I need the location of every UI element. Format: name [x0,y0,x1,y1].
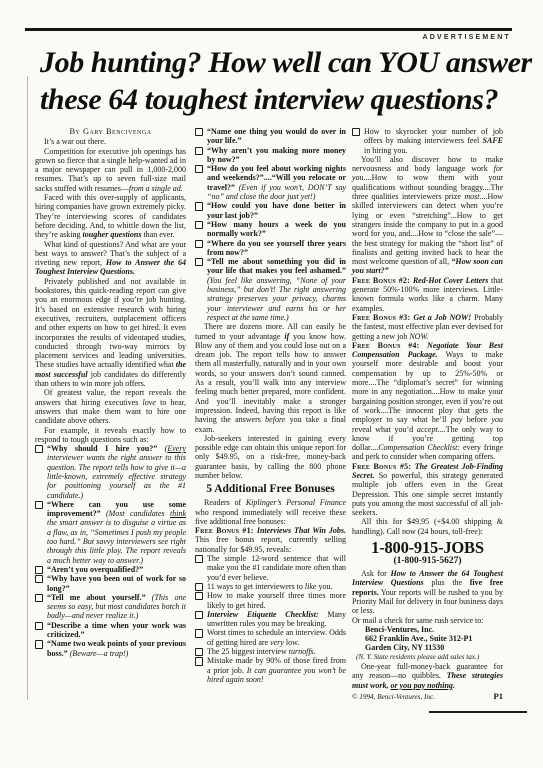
phone-number: 1-800-915-JOBS [352,539,503,556]
text-run: Every [167,444,186,453]
text-run: Free Bonus #5: [352,462,415,471]
text-run: ....How skilled interviewers can detect … [352,192,503,266]
text-run: The 25 biggest interview [207,647,289,656]
headline-line-2: these 64 toughest interview questions? [40,81,535,118]
text-run: For example, it reveals exactly how to r… [35,426,186,444]
paragraph: One-year full-money-back guarantee for a… [352,662,503,690]
text-run: “How could you have done better in your … [207,201,346,219]
paragraph: What kind of questions? And what are you… [35,240,186,277]
text-run: than ever. [141,230,174,239]
checklist-item: “Tell me about something you did in your… [195,257,346,322]
checklist-item: The 25 biggest interview turnoffs. [195,647,346,656]
checklist-item: “Aren’t you overqualified?” [35,565,186,574]
checklist-item: How to skyrocket your number of job offe… [352,127,503,155]
checklist-text: “Why have you been out of work for so lo… [47,574,186,592]
text-run: before [462,415,491,424]
text-run: plus the [424,578,470,587]
checklist-text: “Tell me about something you did in your… [207,257,346,322]
checklist-text: “Why aren’t you making more money by now… [207,146,346,164]
text-run: “How many hours a week do you normally w… [207,220,346,238]
paragraph: Free Bonus #3: Get a Job NOW! Probably t… [352,313,503,341]
text-run: very [270,638,284,647]
paragraph: Free Bonus #1: Interviews That Win Jobs.… [195,526,346,554]
text-run: think [170,509,186,518]
page-number: P1 [494,692,503,701]
text-run: in hiring you. [364,146,407,155]
text-run: This free bonus report, currently sellin… [195,535,346,553]
checklist-item: “Describe a time when your work was crit… [35,621,186,640]
checkbox-icon [35,622,43,630]
text-run: All this for $49.95 (+$4.00 shipping & h… [352,517,503,535]
paragraph: For example, it reveals exactly how to r… [35,426,186,445]
checklist-text: “Where can you use some improvement?” (M… [47,500,186,565]
text-run: Privately published and not available in… [35,277,186,370]
advertisement-page: { "masthead": { "advertisement_label": "… [0,0,543,768]
column-1: By Gary BencivengaIt’s a war out there.C… [35,127,186,713]
checkbox-icon [195,555,203,563]
paragraph: It’s a war out there. [35,137,186,146]
text-run: the smart answer is to disguise a virtue… [47,518,186,564]
text-run: You’ll also discover how to make nervous… [352,155,503,173]
text-run: you. [316,582,332,591]
checklist-item: “How many hours a week do you normally w… [195,220,346,239]
text-run: Free Bonus #3: [352,313,413,322]
checkbox-icon [35,594,43,602]
text-run: tougher questions [83,230,142,239]
checklist-text: Worst times to schedule an interview. Od… [207,628,346,646]
text-run: Ways to make yourself more desirable and… [352,350,503,424]
checkbox-icon [195,147,203,155]
text-run: Get a Job NOW! [413,313,471,322]
checklist-item: “Where can you use some improvement?” (M… [35,500,186,565]
paragraph: Of greatest value, the report reveals th… [35,388,186,425]
text-run: Job-seekers interested in gaining every … [195,434,346,480]
text-run: “Describe a time when your work was crit… [47,621,186,639]
checklist-text: How to make yourself three times more li… [207,591,346,609]
paragraph: Privately published and not available in… [35,277,186,389]
text-run: (Most candidates [106,509,170,518]
checkbox-icon [35,566,43,574]
checklist-item: “Tell me about yourself.” (This one seem… [35,593,186,621]
checklist-item: How to make yourself three times more li… [195,591,346,610]
column-2: “Name one thing you would do over in you… [195,127,346,713]
checklist-item: “Where do you see yourself three years f… [195,239,346,258]
checklist-text: How to skyrocket your number of job offe… [364,127,503,155]
checklist-text: The simple 12-word sentence that will ma… [207,554,346,582]
text-run: Interview Etiquette Checklist: [207,610,319,619]
text-run: By Gary Bencivenga [69,127,151,136]
checklist-text: “Name two weak points of your previous b… [47,639,186,657]
paragraph: Or mail a check for same rush service to… [352,616,503,625]
checkbox-icon [35,445,43,453]
checkbox-icon [195,202,203,210]
paragraph: Free Bonus #5: The Greatest Job-Finding … [352,462,503,518]
column-3: How to skyrocket your number of job offe… [352,127,503,713]
text-run: who respond immediately will receive the… [195,508,346,526]
footer-row: © 1994, Benci-Ventures, Inc.P1 [352,692,503,702]
checklist-item: “How do you feel about working nights an… [195,164,346,201]
text-run: before [265,415,285,424]
paragraph: All this for $49.95 (+$4.00 shipping & h… [352,517,503,536]
text-run: interviewer wants the right answer to th… [47,453,186,499]
text-run: like [305,582,317,591]
section-heading: 5 Additional Free Bonuses [195,483,346,496]
headline-line-1: Job hunting? How well can YOU answer [40,44,535,81]
checkbox-icon [195,240,203,248]
checkbox-icon [195,221,203,229]
checklist-item: Interview Etiquette Checklist: Many unwr… [195,610,346,629]
checkbox-icon [195,128,203,136]
checklist-item: Mistake made by 90% of those fired from … [195,656,346,684]
checklist-item: The simple 12-word sentence that will ma… [195,554,346,582]
text-run: “Why should I hire you?” [47,444,165,453]
checkbox-icon [195,258,203,266]
checkbox-icon [195,592,203,600]
checklist-item: “Why have you been out of work for so lo… [35,574,186,593]
text-run: (N. Y. State residents please add sales … [356,653,479,661]
text-run: low. [284,638,299,647]
paragraph: Competition for executive job openings h… [35,147,186,193]
copyright-line: © 1994, Benci-Ventures, Inc. [352,693,435,702]
paragraph: Free Bonus #2: Red-Hot Cover Letters tha… [352,276,503,313]
checklist-item: “Name one thing you would do over in you… [195,127,346,146]
address-line: 662 Franklin Ave., Suite 312-P1 [365,634,503,643]
top-rule [25,28,512,31]
text-run: Red-Hot Cover Letters [413,276,489,285]
text-run: Kiplinger’s Personal Finance [246,498,346,507]
text-run: (Beware—a trap!) [70,649,129,658]
text-run: reveal what you’d [352,425,417,434]
text-run: turnoffs. [289,647,316,656]
checklist-item: “Name two weak points of your previous b… [35,639,186,658]
paragraph: Faced with this over-supply of applicant… [35,193,186,239]
checkbox-icon [195,648,203,656]
checkbox-icon [195,165,203,173]
body-columns: By Gary BencivengaIt’s a war out there.C… [35,127,503,713]
checklist-text: “How do you feel about working nights an… [207,164,346,201]
text-run: Compensation Checklist: [378,443,460,452]
text-run: “Name one thing you would do over in you… [207,127,346,145]
text-run: Free Bonus #1: [195,526,257,535]
text-run: “Tell me about something you did in your… [207,257,346,275]
headline: Job hunting? How well can YOU answer the… [40,44,535,118]
text-run: Readers of [204,498,246,507]
checklist-item: “Why should I hire you?” (Every intervie… [35,444,186,500]
checklist-text: 11 ways to get interviewers to like you. [207,582,332,591]
checkbox-icon [195,657,203,665]
checklist-item: “How could you have done better in your … [195,201,346,220]
checklist-text: “Tell me about yourself.” (This one seem… [47,593,186,621]
text-run: “Where do you see yourself three years f… [207,239,346,257]
text-run: from a single ad. [129,184,183,193]
checkbox-icon [35,640,43,648]
sales-tax-note: (N. Y. State residents please add sales … [352,653,503,662]
text-run: Free Bonus #4: [352,341,427,350]
paragraph: Ask for How to Answer the 64 Toughest In… [352,569,503,615]
address-line: Benci-Ventures, Inc. [365,625,503,634]
checklist-text: Interview Etiquette Checklist: Many unwr… [207,610,346,628]
text-run: Free Bonus #2: [352,276,413,285]
text-run: or you pay nothing [390,681,452,690]
checkbox-icon [352,128,360,136]
checklist-item: 11 ways to get interviewers to like you. [195,582,346,591]
text-run: Interviews That Win Jobs. [257,526,346,535]
text-run: “Aren’t you overqualified?” [47,565,143,574]
text-run: “Why have you been out of work for so lo… [47,574,186,592]
phone-number-alt: (1-800-915-5627) [352,556,503,566]
checklist-text: “Why should I hire you?” (Every intervie… [47,444,186,499]
byline: By Gary Bencivenga [35,127,186,136]
checkbox-icon [35,575,43,583]
text-run: (You feel like answering, “None of your … [207,276,346,322]
text-run: most [464,192,479,201]
mailing-address: Benci-Ventures, Inc.662 Franklin Ave., S… [352,625,503,653]
checkbox-icon [195,611,203,619]
paragraph: Job-seekers interested in gaining every … [195,434,346,480]
text-run: So powerful, this strategy generated mul… [352,471,503,517]
text-run: . [453,681,455,690]
text-run: Ask for [361,569,390,578]
paragraph: There are dozens more. All can easily be… [195,322,346,434]
advertisement-label: ADVERTISEMENT [423,34,512,41]
checklist-text: “How could you have done better in your … [207,201,346,219]
bottom-rule [429,711,527,713]
checklist-text: Mistake made by 90% of those fired from … [207,656,346,684]
checklist-text: “Aren’t you overqualified?” [47,565,143,574]
checklist-item: “Why aren’t you making more money by now… [195,146,346,165]
text-run: How to make yourself three times more li… [207,591,346,609]
text-run: It’s a war out there. [44,137,106,146]
text-run: 11 ways to get interviewers to [207,582,305,591]
checklist-text: The 25 biggest interview turnoffs. [207,647,316,656]
text-run: “Tell me about yourself.” [47,593,152,602]
text-run: Or mail a check for same rush service to… [352,616,484,625]
checkbox-icon [195,629,203,637]
text-run: you know how. Blow any of them and you c… [195,332,346,425]
checklist-text: “Where do you see yourself three years f… [207,239,346,257]
checkbox-icon [35,501,43,509]
left-column-rule [27,76,28,700]
paragraph: Free Bonus #4: Negotiate Your Best Compe… [352,341,503,462]
checklist-text: “Describe a time when your work was crit… [47,621,186,639]
text-run: pay [451,415,463,424]
text-run: love [143,398,156,407]
text-run: “Why aren’t you making more money by now… [207,146,346,164]
paragraph: You’ll also discover how to make nervous… [352,155,503,276]
text-run: accept [417,425,438,434]
checklist-text: “Name one thing you would do over in you… [207,127,346,145]
checkbox-icon [195,583,203,591]
text-run: The simple 12-word sentence that will ma… [207,554,346,582]
checklist-item: Worst times to schedule an interview. Od… [195,628,346,647]
text-run: you [491,415,503,424]
text-run: SAFE [483,136,503,145]
text-run: NOW. [409,332,428,341]
paragraph: Readers of Kiplinger’s Personal Finance … [195,498,346,526]
address-line: Garden City, NY 11530 [365,643,503,652]
checklist-text: “How many hours a week do you normally w… [207,220,346,238]
